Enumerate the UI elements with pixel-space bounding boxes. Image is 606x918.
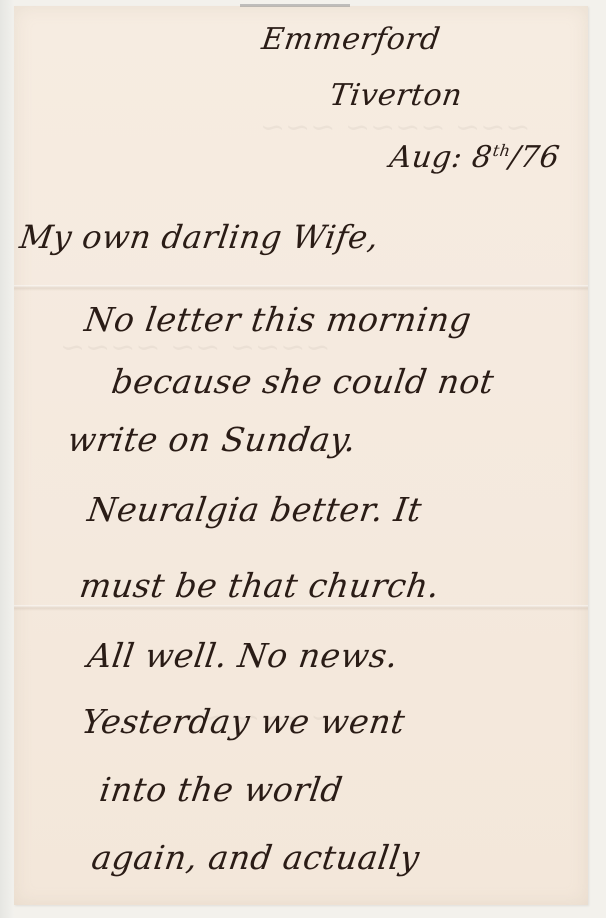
letter-line: No letter this morning [82,300,474,339]
scan-left-margin [0,0,14,918]
paper-top-edge-shadow [240,4,350,7]
date-day: Aug: 8 [388,140,495,175]
letter-line: All well. No news. [85,636,400,675]
address-place: Emmerford [260,22,443,57]
letter-date: Aug: 8th/76 [388,140,562,175]
letter-line: write on Sunday. [65,420,359,459]
fold-line-lower [14,605,588,611]
address-town: Tiverton [328,78,465,113]
letter-line: into the world [97,770,345,809]
fold-line-upper [14,285,588,291]
salutation: My own darling Wife, [17,218,381,256]
letter-line: Neuralgia better. It [85,490,424,529]
letter-line: again, and actually [89,838,422,877]
letter-line: must be that church. [77,566,442,605]
letter-line: Yesterday we went [79,702,407,741]
date-year: /76 [507,140,562,175]
letter-line: because she could not [109,362,496,401]
